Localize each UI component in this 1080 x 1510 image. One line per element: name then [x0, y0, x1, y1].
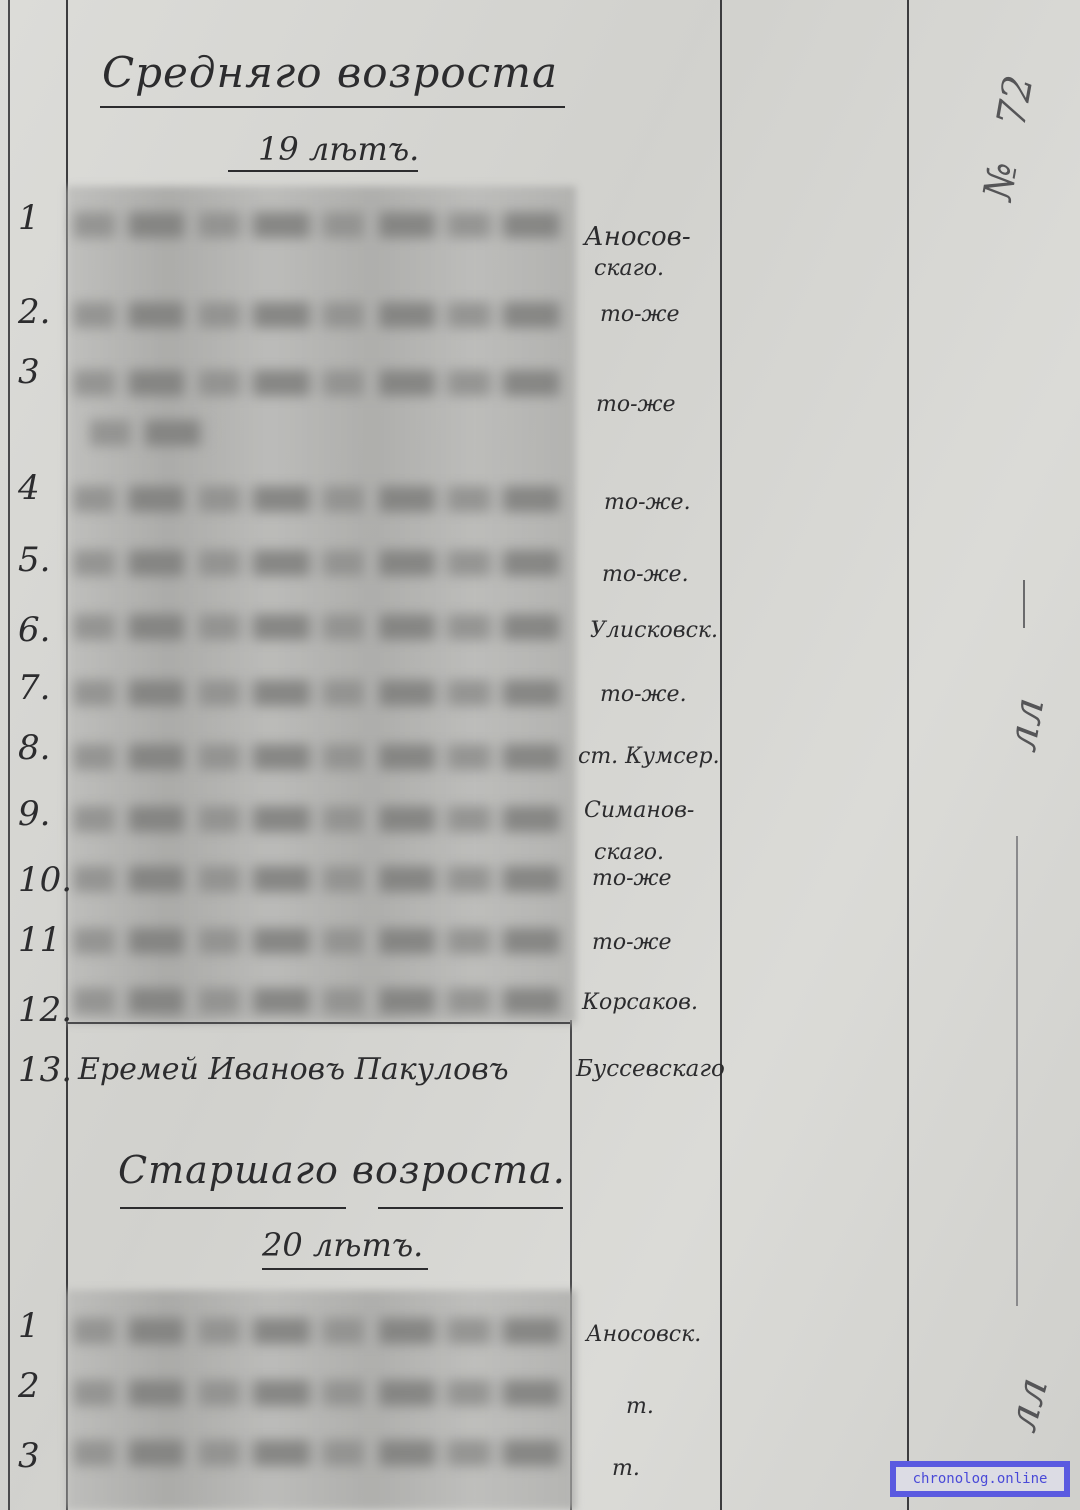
row-number: 11	[18, 920, 64, 960]
margin-mark-2: лл	[996, 1372, 1057, 1436]
margin-line-upper	[1023, 580, 1025, 628]
redacted-name-row	[74, 680, 564, 706]
place-cell: то-же	[596, 392, 676, 417]
redacted-name-row	[74, 1440, 564, 1466]
column-rule-outer-left	[8, 0, 10, 1510]
section-1-subheading: 19 лѣтъ.	[258, 130, 419, 168]
place-cell: ст. Кумсер.	[578, 744, 720, 769]
place-cell: то-же.	[600, 682, 687, 707]
row-number: 6.	[18, 610, 64, 650]
name-cell-visible: Еремей Ивановъ Пакуловъ	[78, 1052, 509, 1087]
section-1-subheading-underline	[228, 170, 418, 172]
place-cell: Буссевскаго	[576, 1056, 725, 1082]
row-number: 8.	[18, 728, 64, 768]
redacted-name-row	[74, 1380, 564, 1406]
place-cell: Улисковск.	[590, 618, 718, 643]
margin-mark-1: лл	[996, 694, 1054, 755]
redacted-name-row	[74, 302, 564, 328]
place-cell: то-же	[600, 302, 680, 327]
redacted-name-row	[74, 988, 564, 1014]
row-number: 2.	[18, 292, 64, 332]
place-cell: то-же.	[602, 562, 689, 587]
section-2-heading: Старшаго возроста.	[118, 1148, 566, 1192]
redacted-name-row	[74, 550, 564, 576]
place-cell: Симанов-	[584, 798, 694, 823]
margin-line-middle	[1016, 836, 1018, 1306]
redacted-name-row	[74, 744, 564, 770]
section-2-heading-underline-2	[378, 1207, 563, 1209]
place-cell: Аносов-	[584, 222, 691, 252]
row-number: 12.	[18, 990, 64, 1030]
redacted-name-row	[74, 1318, 564, 1344]
redacted-name-row	[74, 212, 564, 238]
page-number-symbol: №	[975, 158, 1027, 203]
redacted-name-row	[74, 370, 564, 396]
watermark-text: chronolog.online	[896, 1467, 1064, 1491]
row-number: 4	[18, 468, 64, 508]
row-number: 5.	[18, 540, 64, 580]
redacted-name-row	[74, 806, 564, 832]
place-cell: то-же	[592, 866, 672, 891]
place-cell: т.	[626, 1394, 654, 1419]
row-number: 3	[18, 1436, 64, 1476]
place-cell: т.	[612, 1456, 640, 1481]
redacted-name-row	[74, 486, 564, 512]
place-cell: Корсаков.	[582, 990, 698, 1015]
column-rule-place	[720, 0, 722, 1510]
redacted-name-row	[90, 420, 210, 446]
redacted-name-row	[74, 614, 564, 640]
page-number-annotation: 72	[988, 72, 1042, 130]
column-rule-remarks	[907, 0, 909, 1510]
row-number: 7.	[18, 668, 64, 708]
place-cell-continuation: скаго.	[594, 840, 664, 865]
place-cell: то-же.	[604, 490, 691, 515]
section-1-heading: Средняго возроста	[102, 48, 558, 97]
row-number: 13.	[18, 1050, 64, 1090]
place-cell-continuation: скаго.	[594, 256, 664, 281]
section-2-subheading-underline	[262, 1268, 428, 1270]
redacted-name-row	[74, 928, 564, 954]
row-number: 3	[18, 352, 64, 392]
section-1-heading-underline	[100, 106, 565, 108]
row-number: 1	[18, 1306, 64, 1346]
watermark-badge: chronolog.online	[890, 1461, 1070, 1497]
redacted-name-row	[74, 866, 564, 892]
row-number: 9.	[18, 794, 64, 834]
row-divider	[66, 1022, 570, 1024]
section-2-subheading: 20 лѣтъ.	[262, 1226, 423, 1264]
row-number: 2	[18, 1366, 64, 1406]
row-number: 10.	[18, 860, 64, 900]
section-2-heading-underline-1	[120, 1207, 346, 1209]
place-cell: Аносовск.	[586, 1322, 701, 1347]
row-number: 1	[18, 198, 64, 238]
place-cell: то-же	[592, 930, 672, 955]
